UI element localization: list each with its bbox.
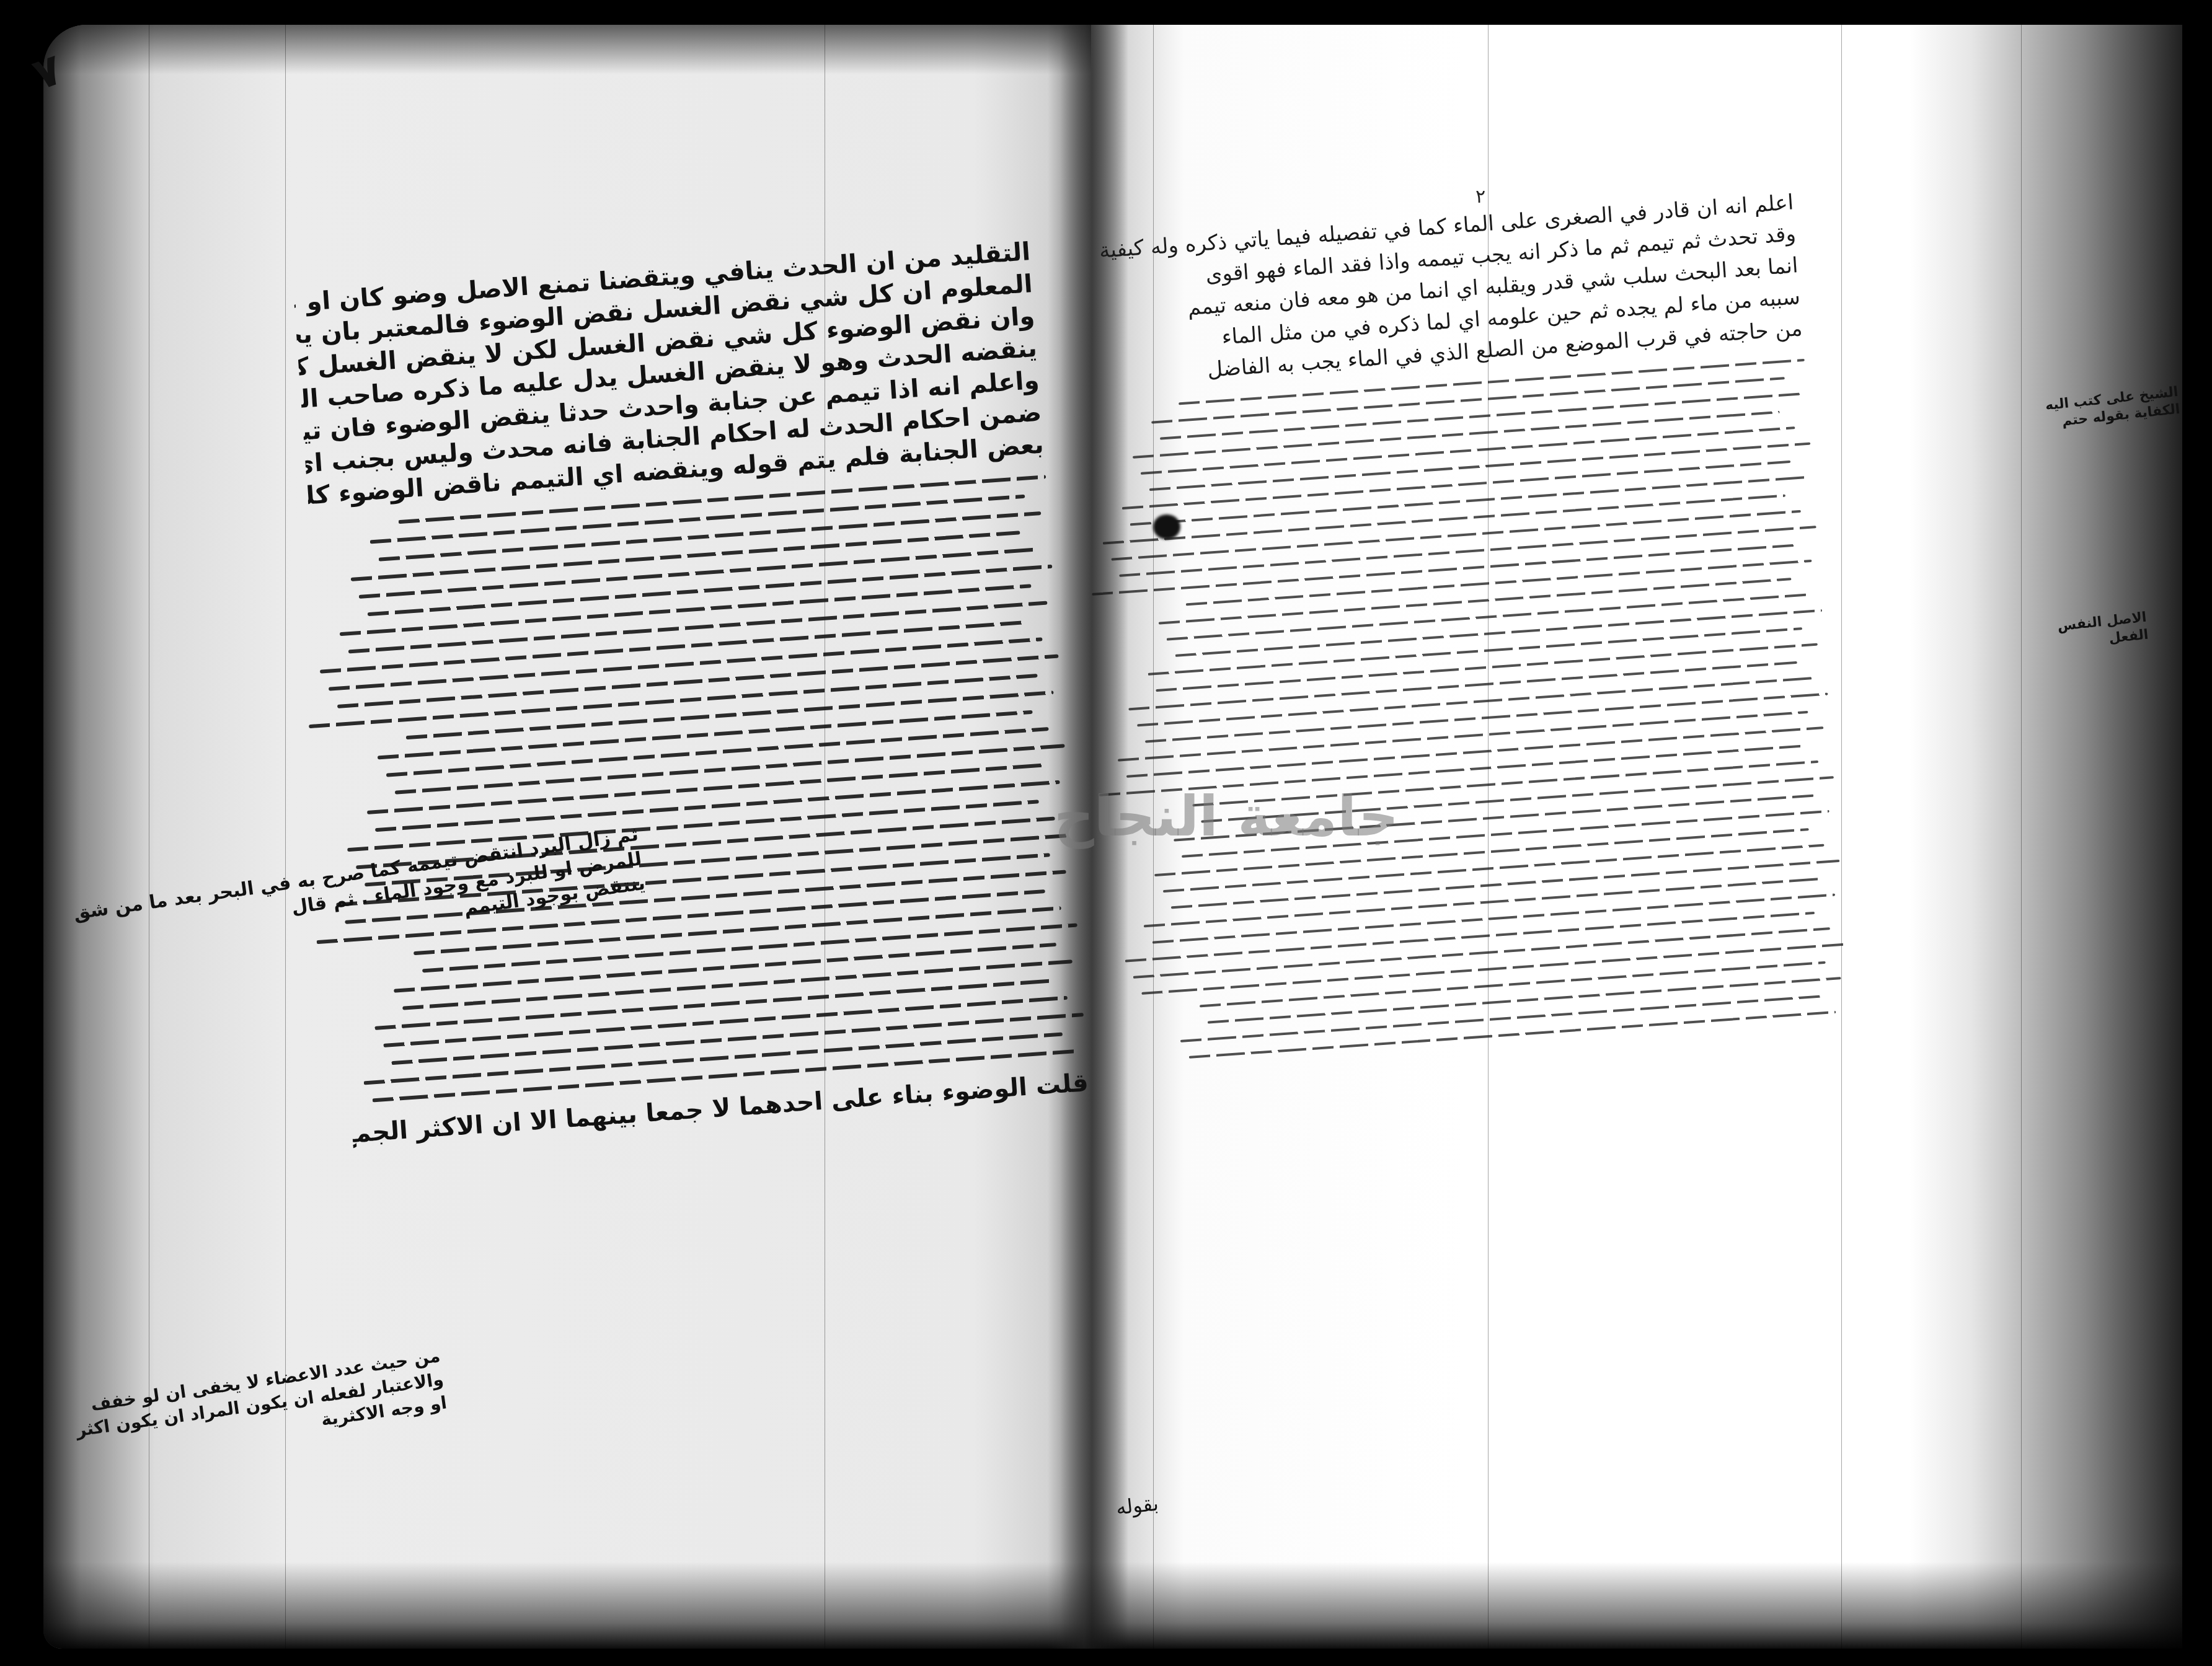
ink-blot <box>1153 514 1180 539</box>
right-page-text: اعلم انه ان قادر في الصغرى على الماء كما… <box>1081 187 1851 1077</box>
ruling-line <box>1841 25 1842 1649</box>
illegible-script-lines <box>310 475 1086 1104</box>
illegible-script-lines <box>1093 359 1850 1062</box>
manuscript-scan: ٧ التقليد من ان الحدث ينافي ويتقضنا تمنع… <box>0 0 2212 1666</box>
left-page-text: التقليد من ان الحدث ينافي ويتقضنا تمنع ا… <box>293 236 1089 1150</box>
watermark: جامعة النجاح <box>1054 784 1399 849</box>
ruling-line <box>2021 25 2022 1649</box>
page-mark: ٢ <box>1475 186 1485 208</box>
catchword: بقوله <box>1115 1492 1159 1520</box>
